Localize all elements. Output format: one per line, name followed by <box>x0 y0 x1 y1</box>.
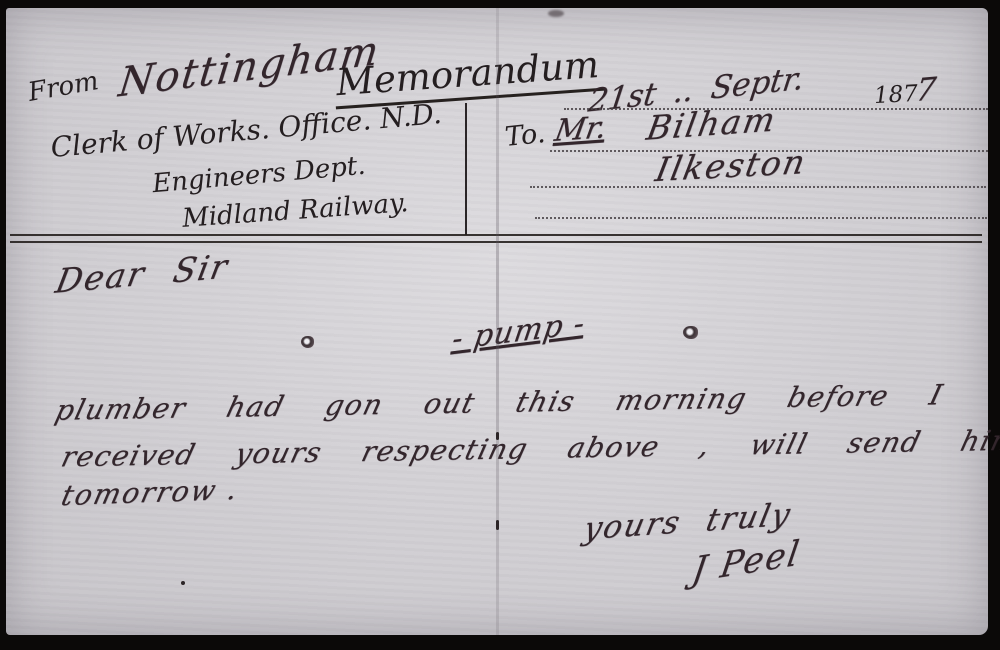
body-line-3: tomorrow . <box>58 473 242 512</box>
subject-line: - pump - <box>450 305 588 357</box>
blank-rule-dotted-2 <box>535 217 987 219</box>
header-vertical-divider <box>465 103 467 235</box>
recipient-place: Ilkeston <box>652 142 810 189</box>
recipient-name: Bilham <box>644 99 780 148</box>
salutation: Dear Sir <box>52 246 232 301</box>
paper-speck-bottom <box>181 581 185 585</box>
signature: J Peel <box>689 533 803 592</box>
top-edge-smudge <box>548 10 564 17</box>
office-line-2: Engineers Dept. <box>151 151 367 200</box>
fold-crease <box>496 8 499 635</box>
recipient-honorific: Mr. <box>552 110 609 149</box>
paper-hole-right <box>683 326 698 339</box>
from-label: From <box>26 66 101 108</box>
year-handwritten: 7 <box>914 71 938 109</box>
fold-ink-dash-1 <box>496 432 499 440</box>
memorandum-scan-paper: From Nottingham Memorandum Clerk of Work… <box>6 8 988 635</box>
office-line-1: Clerk of Works. Office. N.D. <box>49 97 443 164</box>
year-printed: 187 <box>873 81 918 109</box>
blank-rule-dotted-1 <box>530 186 986 188</box>
paper-hole-left <box>301 336 314 348</box>
to-label: To. <box>503 118 546 153</box>
office-line-3: Midland Railway. <box>181 188 409 234</box>
fold-ink-dash-2 <box>496 520 499 530</box>
body-line-2: received yours respecting above , will s… <box>58 424 1000 474</box>
body-line-1: plumber had gon out this morning before … <box>52 378 947 427</box>
